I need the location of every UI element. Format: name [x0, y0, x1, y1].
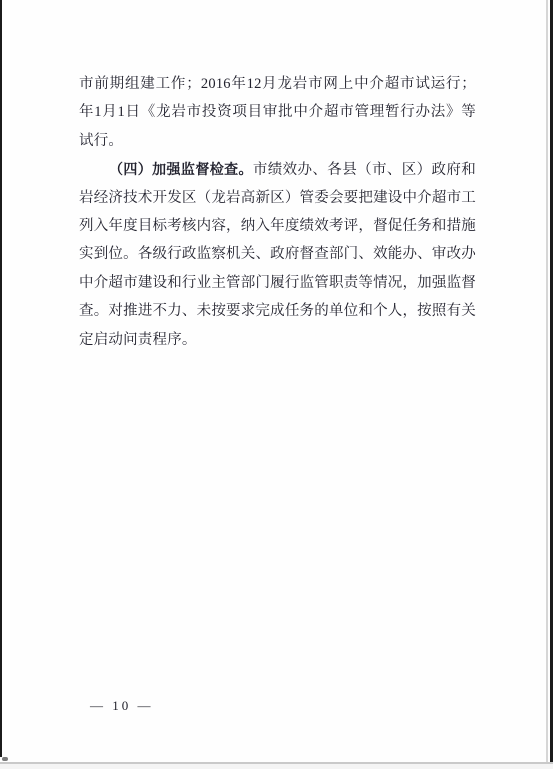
- doc-line: 中介超市建设和行业主管部门履行监管职责等情况，加强监督检: [79, 269, 476, 297]
- scan-edge-bottom-pale: [0, 764, 553, 769]
- scan-edge-right-gray: [546, 0, 548, 769]
- document-body: 市前期组建工作；2016年12月龙岩市网上中介超市试运行；2017 年1月1日《…: [79, 70, 476, 354]
- doc-line-paragraph-end: 试行。: [79, 127, 476, 155]
- doc-line: 岩经济技术开发区（龙岩高新区）管委会要把建设中介超市工作: [79, 184, 476, 212]
- doc-line: 市前期组建工作；2016年12月龙岩市网上中介超市试运行；2017: [79, 70, 476, 98]
- doc-line: 实到位。各级行政监察机关、政府督查部门、效能办、审改办对: [79, 240, 476, 268]
- doc-line-paragraph-end: 定启动问责程序。: [79, 326, 476, 354]
- scanned-document-page: 市前期组建工作；2016年12月龙岩市网上中介超市试运行；2017 年1月1日《…: [0, 0, 553, 769]
- scan-edge-left: [0, 0, 2, 757]
- section-heading-bold: （四）加强监督检查。: [109, 161, 253, 177]
- page-number: — 10 —: [90, 698, 154, 714]
- doc-line: 查。对推进不力、未按要求完成任务的单位和个人，按照有关规: [79, 297, 476, 325]
- doc-line-section-heading: （四）加强监督检查。市绩效办、各县（市、区）政府和龙: [79, 155, 476, 183]
- doc-line: 列入年度目标考核内容，纳入年度绩效考评，督促任务和措施落: [79, 212, 476, 240]
- scan-smudge: [2, 757, 8, 761]
- doc-line: 年1月1日《龙岩市投资项目审批中介超市管理暂行办法》等文件: [79, 98, 476, 126]
